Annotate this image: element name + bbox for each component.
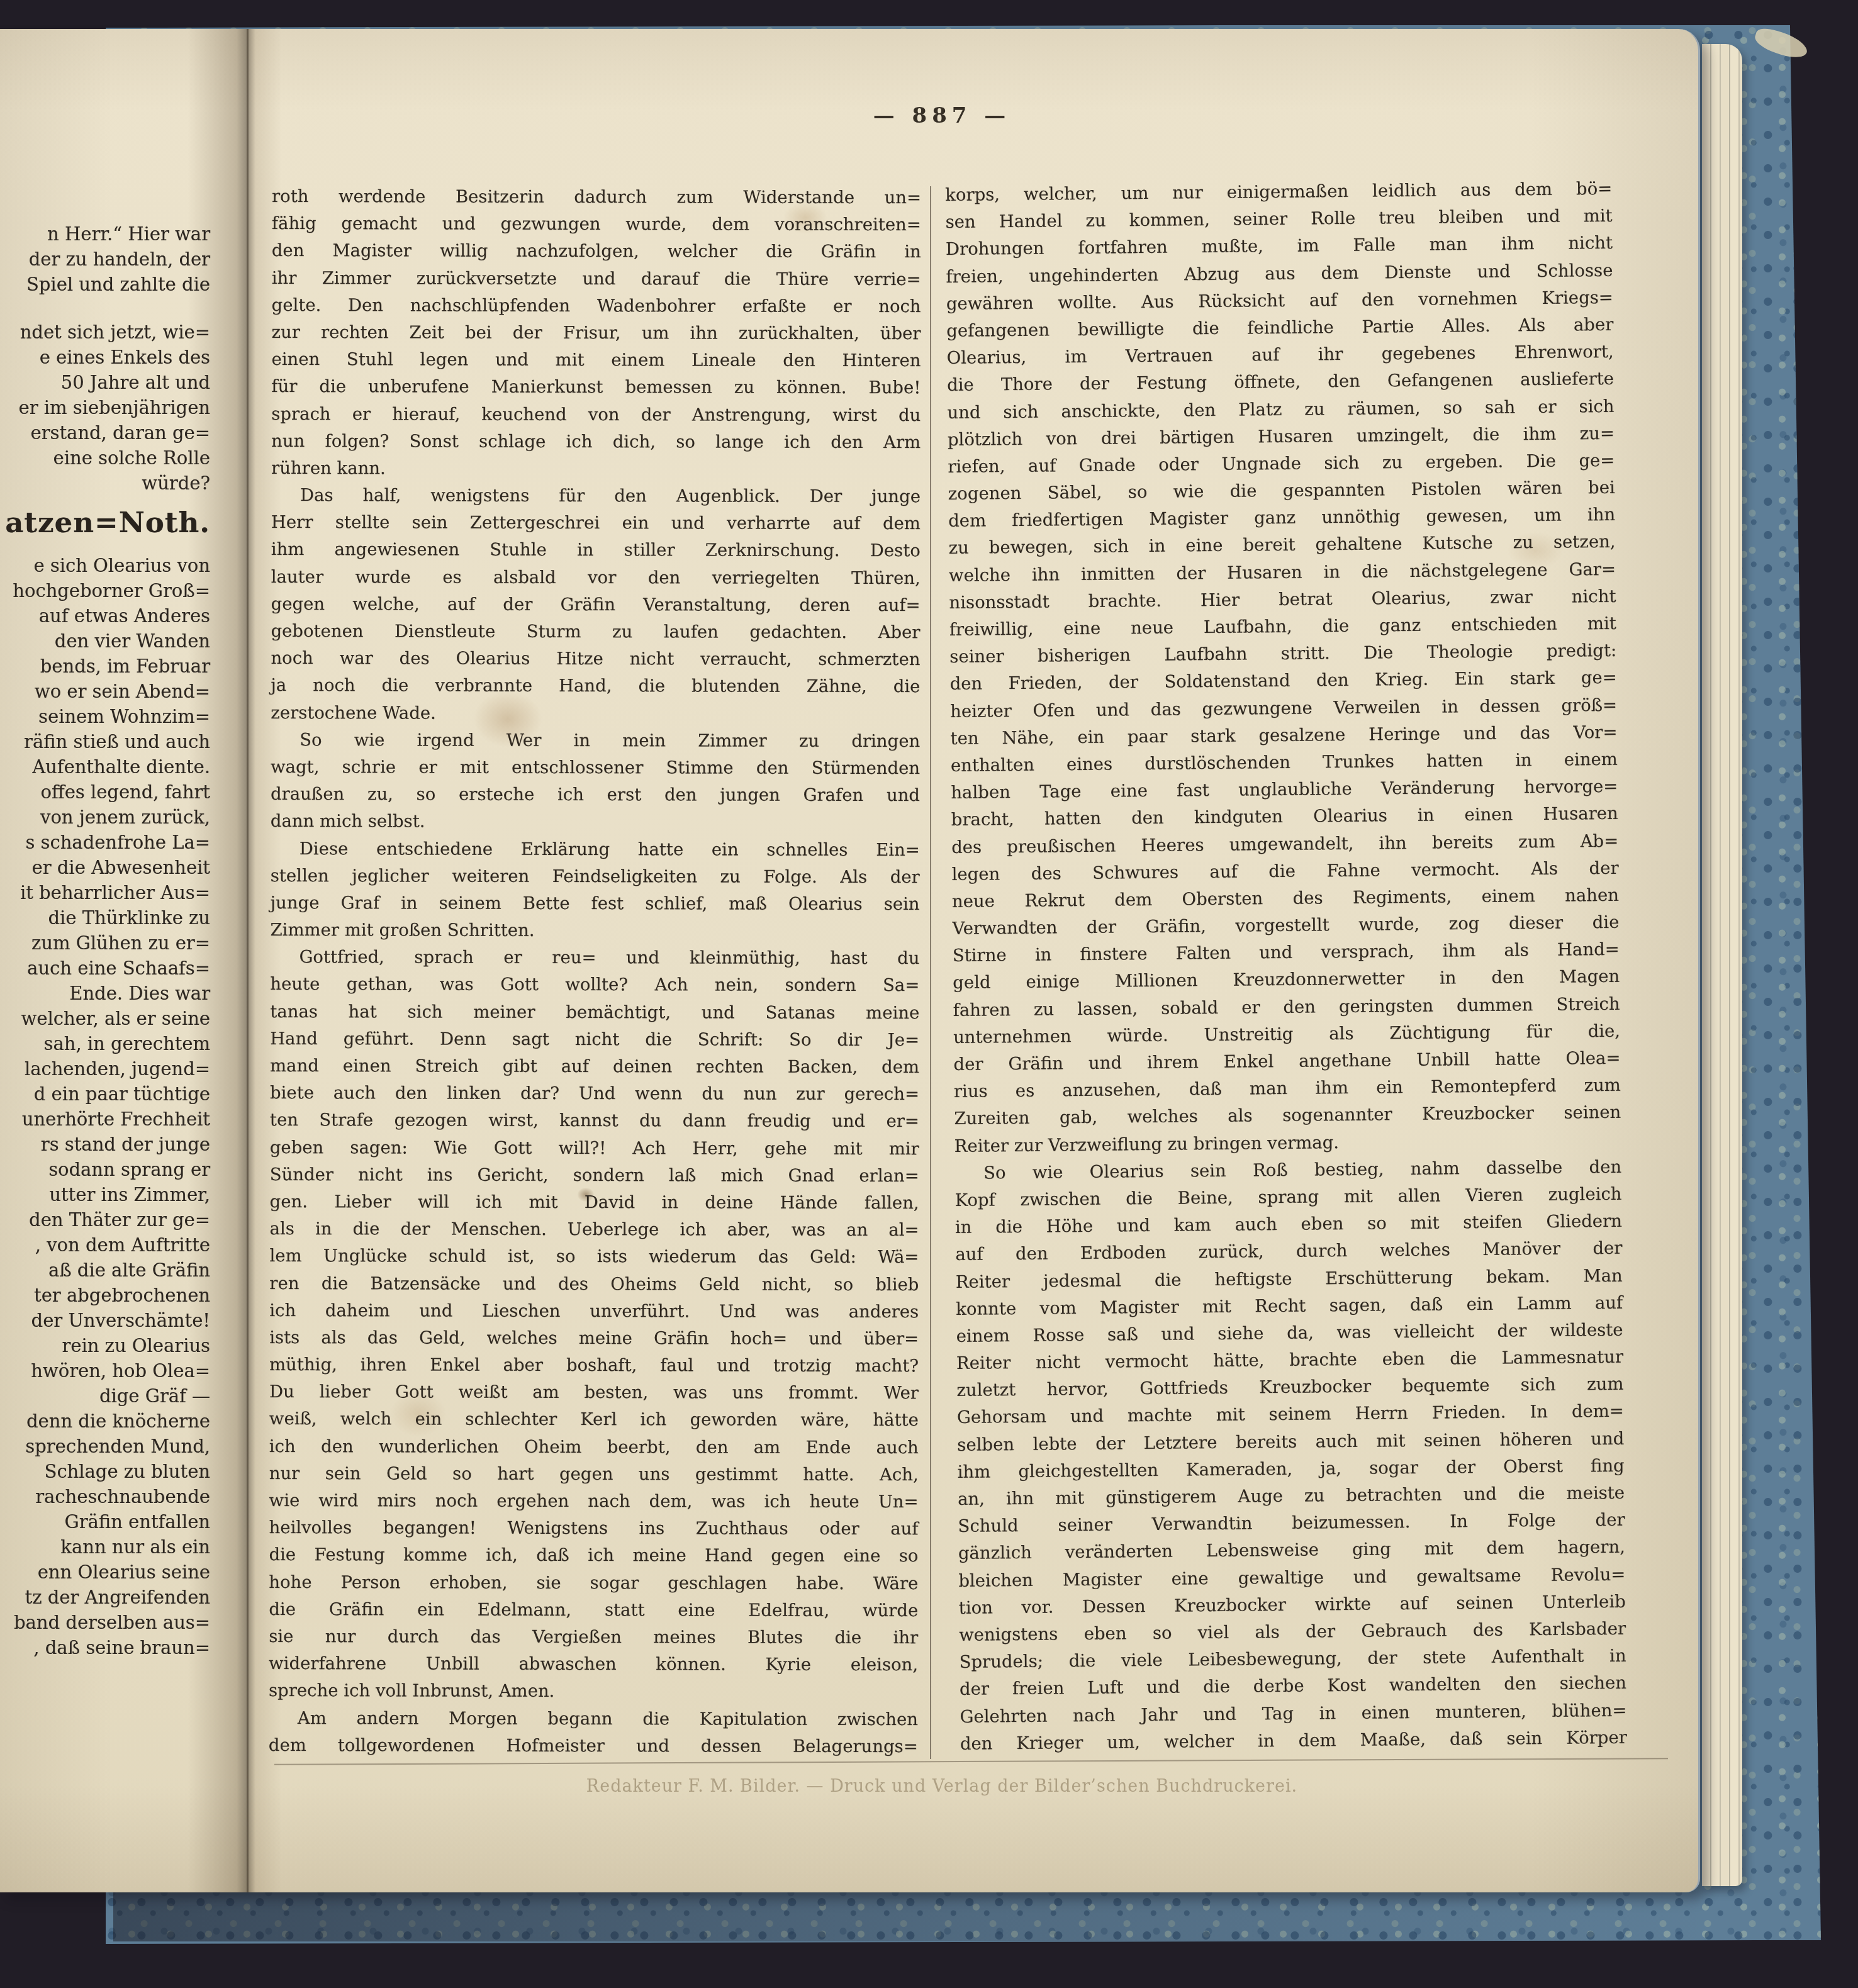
text-line-fragment: seinem Wohnzim= (3, 704, 210, 729)
text-line: ihm angewiesenen Stuhle in stiller Zerkn… (271, 536, 921, 564)
text-line-fragment: eine solche Rolle (3, 445, 210, 471)
text-line-fragment: Schlage zu bluten (3, 1459, 210, 1484)
text-line-fragment: erstand, daran ge= (3, 420, 210, 445)
text-line-fragment: d ein paar tüchtige (3, 1081, 210, 1107)
text-line: widerfahrene Unbill abwaschen können. Ky… (269, 1650, 918, 1678)
text-line: wie wird mirs noch ergehen nach dem, was… (269, 1487, 919, 1516)
text-line-fragment: Gräfin entfallen (3, 1509, 210, 1534)
text-line-fragment: zum Glühen zu er= (3, 930, 210, 956)
text-line: lauter wurde es alsbald vor den verriege… (271, 564, 921, 592)
facing-fragment-lower: e sich Olearius vonhochgeborner Groß=auf… (3, 553, 210, 1660)
column-divider-rule (930, 186, 931, 1759)
text-line: ich den wunderlichen Oheim beerbt, den a… (269, 1433, 919, 1461)
text-line: Sünder nicht ins Gericht, sondern laß mi… (270, 1161, 919, 1190)
text-line-fragment: auf etwas Anderes (3, 603, 210, 628)
text-line: Das half, wenigstens für den Augenblick.… (271, 482, 921, 510)
text-line: Am andern Morgen begann die Kapitulation… (269, 1704, 918, 1733)
text-line-fragment: ndet sich jetzt, wie= (3, 320, 210, 345)
text-line-fragment: hwören, hob Olea= (3, 1358, 210, 1383)
page-edges-stack (1702, 44, 1742, 1886)
text-line: zur rechten Zeit bei der Frisur, um ihn … (271, 319, 921, 347)
text-line: sprach er hierauf, keuchend von der Anst… (271, 400, 921, 428)
text-line-fragment: ter abgebrochenen (3, 1283, 210, 1308)
text-line-fragment: er im siebenjährigen (3, 395, 210, 420)
gutter-crease-line (247, 29, 249, 1892)
text-line-fragment: der Unverschämte! (3, 1308, 210, 1333)
text-line: ten Strafe gezogen wirst, kannst du dann… (270, 1107, 919, 1135)
text-line-fragment: utter ins Zimmer, (3, 1182, 210, 1207)
text-line: stellen jeglicher weiteren Feindseligkei… (271, 863, 920, 891)
text-line-fragment: tz der Angreifenden (3, 1585, 210, 1610)
text-line-fragment: bends, im Februar (3, 654, 210, 679)
text-line-fragment: s schadenfrohe La= (3, 830, 210, 855)
text-line: Hand geführt. Denn sagt nicht die Schrif… (270, 1025, 919, 1054)
text-line-fragment: er die Abwesenheit (3, 855, 210, 880)
text-line-fragment: sodann sprang er (3, 1157, 210, 1182)
text-line: einen Stuhl legen und mit einem Lineale … (271, 346, 921, 374)
text-line: gegen welche, auf der Gräfin Veranstaltu… (271, 591, 921, 619)
text-line: heilvolles begangen! Wenigstens ins Zuch… (269, 1514, 918, 1543)
text-line: hohe Person erhoben, sie sogar geschlage… (269, 1569, 918, 1597)
text-line-fragment: würde? (3, 471, 210, 496)
text-line: ihr Zimmer zurückversetzte und darauf di… (272, 265, 921, 293)
text-line-fragment: n Herr.“ Hier war (3, 221, 210, 247)
text-line-fragment: rs stand der junge (3, 1132, 210, 1157)
text-line: rühren kann. (271, 455, 921, 483)
text-line-fragment: dige Gräf — (3, 1383, 210, 1409)
text-line-fragment: enn Olearius seine (3, 1560, 210, 1585)
text-line-fragment: , von dem Auftritte (3, 1232, 210, 1258)
text-line-fragment: unerhörte Frechheit (3, 1107, 210, 1132)
text-line: gen. Lieber will ich mit David in deine … (270, 1188, 919, 1217)
text-line-fragment: auch eine Schaafs= (3, 956, 210, 981)
line-gap (3, 297, 210, 320)
text-line: junge Graf in seinem Bette fest schlief,… (271, 890, 920, 918)
text-line: sie nur durch das Vergießen meines Blute… (269, 1623, 918, 1651)
text-line: noch war des Olearius Hitze nicht verrau… (271, 645, 920, 673)
text-line-fragment: it beharrlicher Aus= (3, 880, 210, 905)
text-line: ren die Batzensäcke und des Oheims Geld … (269, 1270, 919, 1298)
text-line: Gottfried, sprach er reu= und kleinmüthi… (270, 944, 919, 972)
text-line-fragment: kann nur als ein (3, 1534, 210, 1560)
text-line-fragment: e sich Olearius von (3, 553, 210, 578)
photo-background-top-band (0, 0, 1858, 25)
text-line: gebotenen Dienstleute Sturm zu laufen ge… (271, 618, 920, 646)
text-line-fragment: wo er sein Abend= (3, 679, 210, 704)
cover-bottom-shadow (113, 1891, 1711, 1941)
text-line: wagt, schrie er mit entschlossener Stimm… (271, 754, 920, 782)
text-line: die Gräfin ein Edelmann, statt eine Edel… (269, 1596, 918, 1624)
facing-fragment-upper: n Herr.“ Hier warder zu handeln, derSpie… (3, 221, 210, 496)
text-line-fragment: 50 Jahre alt und (3, 370, 210, 395)
text-line-fragment: Aufenthalte diente. (3, 754, 210, 779)
text-line: die Festung komme ich, daß ich meine Han… (269, 1541, 918, 1570)
text-line: nur sein Geld so hart gegen uns gestimmt… (269, 1460, 919, 1488)
text-line: nun folgen? Sonst schlage ich dich, so l… (271, 428, 921, 456)
text-column-right: korps, welcher, um nur einigermaßen leid… (945, 176, 1627, 1758)
text-line: draußen zu, so ersteche ich erst den jun… (271, 781, 920, 809)
page-number: — 887 — (272, 103, 1612, 128)
text-line: roth werdende Besitzerin dadurch zum Wid… (272, 183, 921, 211)
text-line-fragment: die Thürklinke zu (3, 905, 210, 930)
text-line: weiß, welch ein schlechter Kerl ich gewo… (269, 1405, 919, 1434)
text-line-fragment: sprechenden Mund, (3, 1434, 210, 1459)
text-line-fragment: denn die knöcherne (3, 1409, 210, 1434)
text-line: spreche ich voll Inbrunst, Amen. (269, 1677, 918, 1706)
text-line: zerstochene Wade. (271, 700, 920, 728)
text-line: müthig, ihren Enkel aber boshaft, faul u… (269, 1351, 919, 1380)
text-line: heute gethan, was Gott wollte? Ach nein,… (270, 971, 919, 999)
section-heading-fragment: atzen=Noth. (3, 506, 210, 539)
text-line-fragment: , daß seine braun= (3, 1635, 210, 1660)
text-line-fragment: Spiel und zahlte die (3, 272, 210, 297)
text-line: Du lieber Gott weißt am besten, was uns … (269, 1378, 919, 1407)
text-line-fragment: aß die alte Gräfin (3, 1258, 210, 1283)
text-line: dann mich selbst. (271, 808, 920, 836)
text-line: gelte. Den nachschlüpfenden Wadenbohrer … (272, 292, 921, 320)
text-line: fähig gemacht und gezwungen wurde, dem v… (272, 210, 921, 238)
text-line: dem tollgewordenen Hofmeister und dessen… (269, 1732, 918, 1760)
text-line: tanas hat sich meiner bemächtigt, und Sa… (270, 998, 919, 1027)
text-line-fragment: racheschnaubende (3, 1484, 210, 1509)
text-line: für die unberufene Manierkunst bemessen … (271, 373, 921, 401)
text-line: ists als das Geld, welches meine Gräfin … (269, 1324, 919, 1353)
text-line-fragment: welcher, als er seine (3, 1006, 210, 1031)
text-line: ich daheim und Lieschen unverführt. Und … (269, 1297, 919, 1326)
text-line: als in die der Menschen. Ueberlege ich a… (269, 1215, 919, 1244)
text-line-fragment: rein zu Olearius (3, 1333, 210, 1358)
text-line-fragment: räfin stieß und auch (3, 729, 210, 754)
text-line: biete auch den linken dar? Und wenn du n… (270, 1080, 919, 1108)
text-line-fragment: den Thäter zur ge= (3, 1207, 210, 1232)
text-line-fragment: lachenden, jugend= (3, 1056, 210, 1081)
text-line-fragment: hochgeborner Groß= (3, 578, 210, 603)
scanned-book-photo: { "document": { "kind": "scanned book pa… (0, 0, 1858, 1988)
text-line-fragment: offes legend, fahrt (3, 779, 210, 805)
text-line-fragment: von jenem zurück, (3, 805, 210, 830)
text-line-fragment: Ende. Dies war (3, 981, 210, 1006)
text-line-fragment: den vier Wanden (3, 628, 210, 654)
text-line: Diese entschiedene Erklärung hatte ein s… (271, 835, 920, 863)
text-line: den Magister willig nachzufolgen, welche… (272, 237, 921, 265)
imprint-showthrough-line: Redakteur F. M. Bilder. — Druck und Verl… (272, 1777, 1612, 1796)
text-line: ja noch die verbrannte Hand, die blutend… (271, 672, 920, 700)
text-line-fragment: der zu handeln, der (3, 247, 210, 272)
text-line: Herr stellte sein Zettergeschrei ein und… (271, 509, 921, 537)
text-line: geben sagen: Wie Gott will?! Ach Herr, g… (270, 1134, 919, 1163)
text-line: mand einen Streich gibt auf deinen recht… (270, 1053, 919, 1081)
text-line: Zimmer mit großen Schritten. (270, 917, 919, 945)
text-line-fragment: e eines Enkels des (3, 345, 210, 370)
text-line-fragment: sah, in gerechtem (3, 1031, 210, 1056)
text-line: So wie irgend Wer in mein Zimmer zu drin… (271, 727, 920, 755)
text-line-fragment: band derselben aus= (3, 1610, 210, 1635)
facing-page-column-fragment: n Herr.“ Hier warder zu handeln, derSpie… (3, 221, 210, 1660)
text-column-left: roth werdende Besitzerin dadurch zum Wid… (269, 183, 921, 1760)
text-line: lem Unglücke schuld ist, so ists wiederu… (269, 1242, 919, 1271)
